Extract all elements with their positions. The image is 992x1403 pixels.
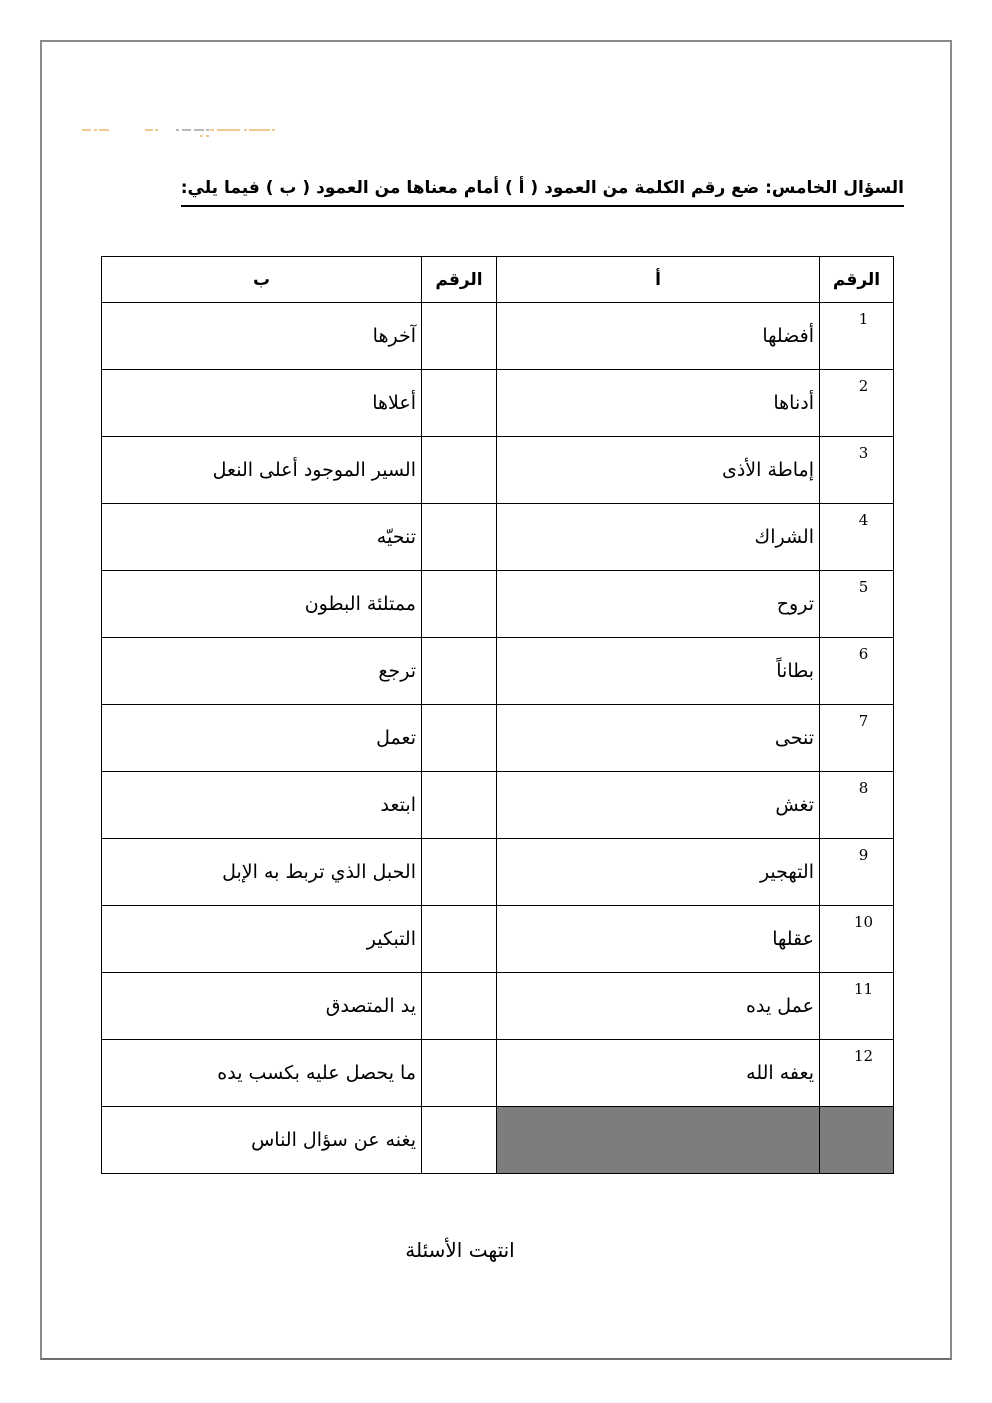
meaning-b-cell: يد المتصدق bbox=[102, 973, 422, 1040]
table-header-row: الرقم أ الرقم ب bbox=[102, 257, 894, 303]
table-row: 5 تروح ممتلئة البطون bbox=[102, 571, 894, 638]
meaning-b-cell: ترجع bbox=[102, 638, 422, 705]
word-a-cell: تغش bbox=[497, 772, 820, 839]
answer-cell bbox=[422, 303, 497, 370]
meaning-b-cell: يغنه عن سؤال الناس bbox=[102, 1107, 422, 1174]
answer-cell bbox=[422, 1107, 497, 1174]
meaning-b-cell: تعمل bbox=[102, 705, 422, 772]
table-row: 1 أفضلها آخرها bbox=[102, 303, 894, 370]
word-a-cell: الشراك bbox=[497, 504, 820, 571]
serial-cell: 6 bbox=[820, 638, 894, 705]
table-row: 3 إماطة الأذى السير الموجود أعلى النعل bbox=[102, 437, 894, 504]
table-row: 4 الشراك تنحيّه bbox=[102, 504, 894, 571]
serial-cell: 10 bbox=[820, 906, 894, 973]
table-row: 9 التهجير الحبل الذي تربط به الإبل bbox=[102, 839, 894, 906]
word-a-cell-grayed bbox=[497, 1107, 820, 1174]
serial-cell: 12 bbox=[820, 1040, 894, 1107]
answer-cell bbox=[422, 772, 497, 839]
answer-cell bbox=[422, 973, 497, 1040]
word-a-cell: عمل يده bbox=[497, 973, 820, 1040]
meaning-b-cell: آخرها bbox=[102, 303, 422, 370]
serial-cell: 3 bbox=[820, 437, 894, 504]
answer-cell bbox=[422, 906, 497, 973]
word-a-cell: يعفه الله bbox=[497, 1040, 820, 1107]
word-a-cell: أدناها bbox=[497, 370, 820, 437]
word-a-cell: بطاناً bbox=[497, 638, 820, 705]
serial-cell: 9 bbox=[820, 839, 894, 906]
serial-cell: 4 bbox=[820, 504, 894, 571]
answer-cell bbox=[422, 370, 497, 437]
table-row: 8 تغش ابتعد bbox=[102, 772, 894, 839]
matching-table: الرقم أ الرقم ب 1 أفضلها آخرها 2 أدناها … bbox=[101, 256, 894, 1174]
meaning-b-cell: ممتلئة البطون bbox=[102, 571, 422, 638]
table-row: يغنه عن سؤال الناس bbox=[102, 1107, 894, 1174]
header-answer-number: الرقم bbox=[422, 257, 497, 303]
end-of-questions-text: انتهت الأسئلة bbox=[348, 1238, 572, 1262]
meaning-b-cell: ابتعد bbox=[102, 772, 422, 839]
table-row: 10 عقلها التبكير bbox=[102, 906, 894, 973]
meaning-b-cell: تنحيّه bbox=[102, 504, 422, 571]
serial-cell: 1 bbox=[820, 303, 894, 370]
table-row: 7 تنحى تعمل bbox=[102, 705, 894, 772]
table-row: 2 أدناها أعلاها bbox=[102, 370, 894, 437]
header-column-b: ب bbox=[102, 257, 422, 303]
word-a-cell: عقلها bbox=[497, 906, 820, 973]
faded-watermark-marks bbox=[82, 129, 282, 139]
word-a-cell: أفضلها bbox=[497, 303, 820, 370]
meaning-b-cell: أعلاها bbox=[102, 370, 422, 437]
serial-cell-grayed bbox=[820, 1107, 894, 1174]
word-a-cell: تنحى bbox=[497, 705, 820, 772]
question-heading: السؤال الخامس: ضع رقم الكلمة من العمود (… bbox=[181, 176, 904, 207]
answer-cell bbox=[422, 571, 497, 638]
table-row: 11 عمل يده يد المتصدق bbox=[102, 973, 894, 1040]
serial-cell: 8 bbox=[820, 772, 894, 839]
word-a-cell: إماطة الأذى bbox=[497, 437, 820, 504]
table-row: 12 يعفه الله ما يحصل عليه بكسب يده bbox=[102, 1040, 894, 1107]
answer-cell bbox=[422, 1040, 497, 1107]
serial-cell: 11 bbox=[820, 973, 894, 1040]
header-column-a: أ bbox=[497, 257, 820, 303]
meaning-b-cell: التبكير bbox=[102, 906, 422, 973]
word-a-cell: التهجير bbox=[497, 839, 820, 906]
serial-cell: 7 bbox=[820, 705, 894, 772]
meaning-b-cell: الحبل الذي تربط به الإبل bbox=[102, 839, 422, 906]
answer-cell bbox=[422, 839, 497, 906]
answer-cell bbox=[422, 437, 497, 504]
answer-cell bbox=[422, 638, 497, 705]
answer-cell bbox=[422, 504, 497, 571]
table-row: 6 بطاناً ترجع bbox=[102, 638, 894, 705]
meaning-b-cell: ما يحصل عليه بكسب يده bbox=[102, 1040, 422, 1107]
serial-cell: 5 bbox=[820, 571, 894, 638]
answer-cell bbox=[422, 705, 497, 772]
serial-cell: 2 bbox=[820, 370, 894, 437]
meaning-b-cell: السير الموجود أعلى النعل bbox=[102, 437, 422, 504]
header-serial: الرقم bbox=[820, 257, 894, 303]
word-a-cell: تروح bbox=[497, 571, 820, 638]
